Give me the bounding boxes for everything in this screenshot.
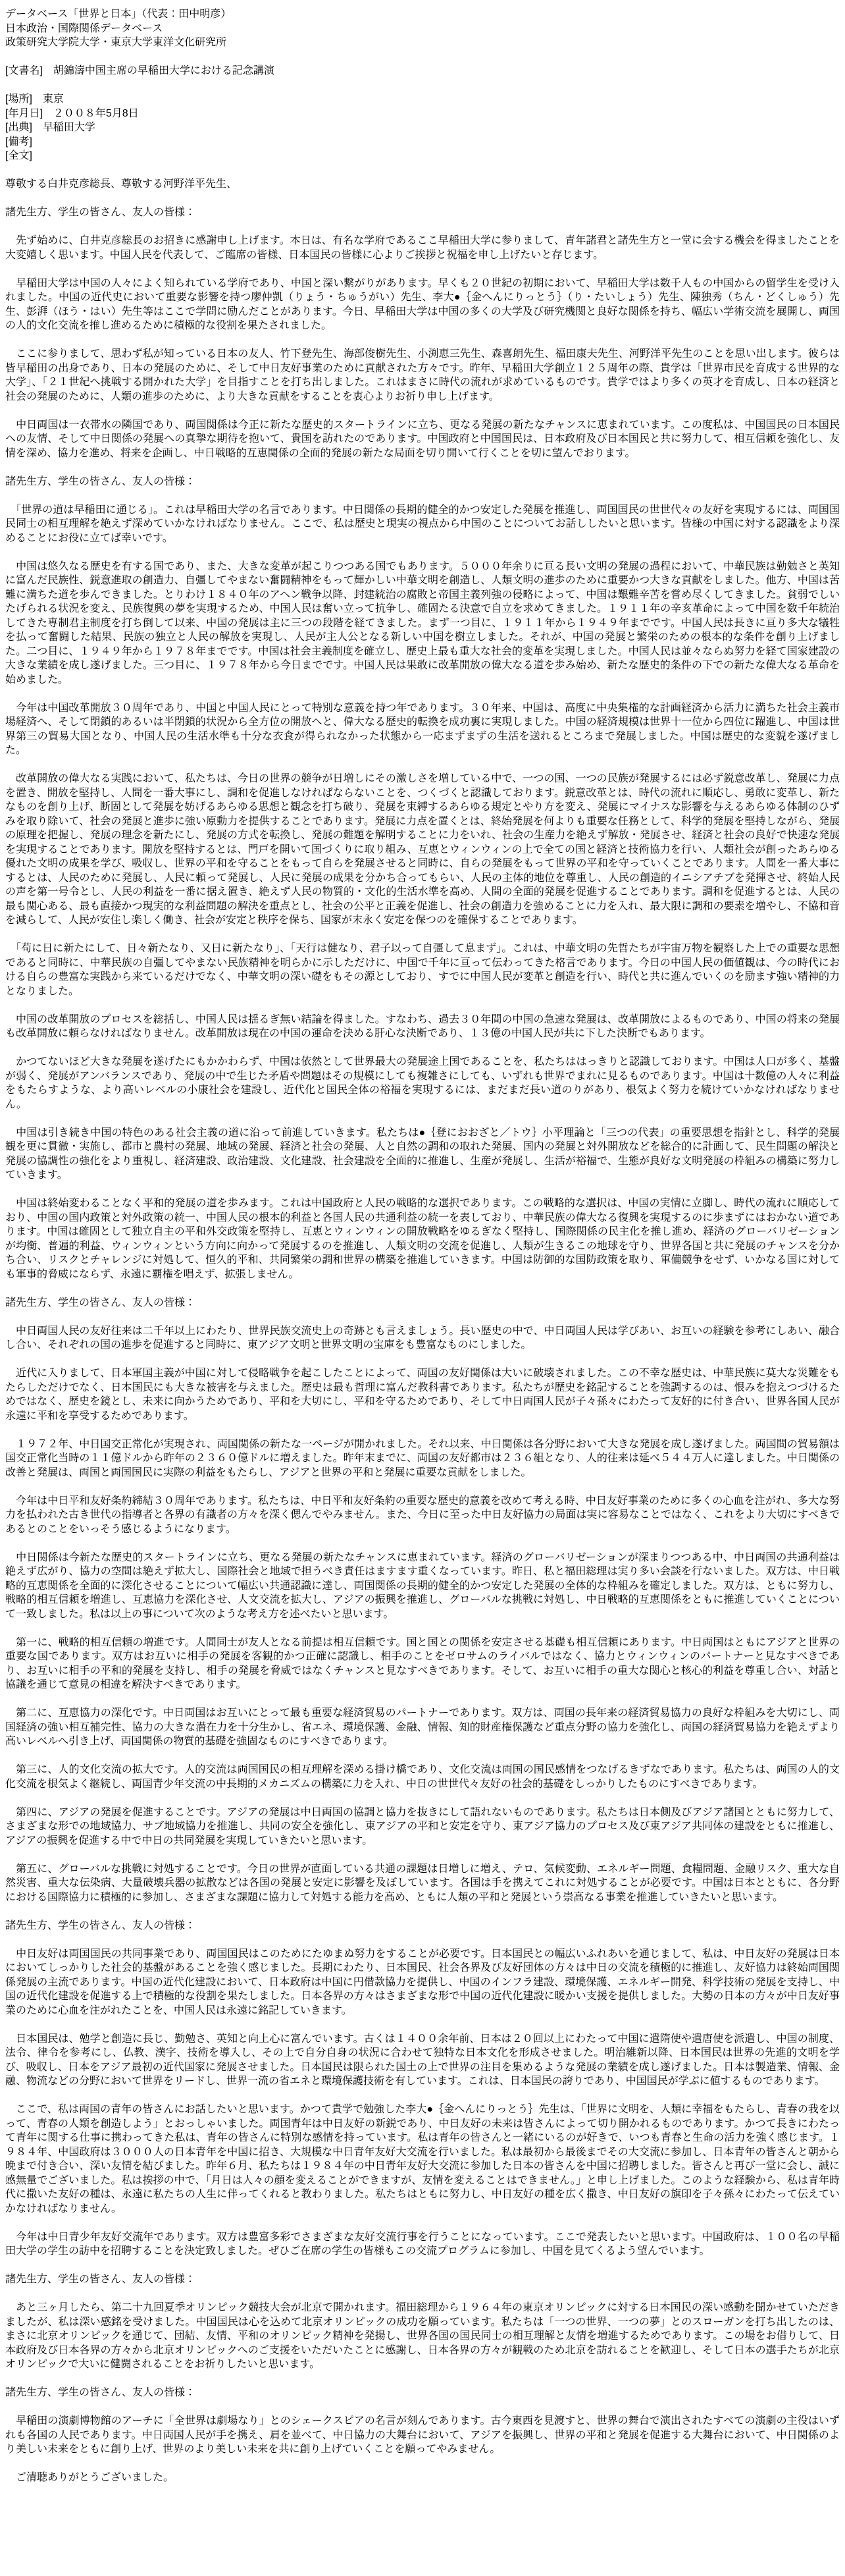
speech-paragraph: ここで、私は両国の青年の皆さんにお話したいと思います。かつて貴学で勉強した李大●… <box>5 2103 840 2216</box>
header-line: データベース「世界と日本」（代表：田中明彦） <box>5 7 840 22</box>
speech-paragraph: 「苟に日に新たにして、日々新たなり、又日に新たなり」、「天行は健なり、君子以って… <box>5 942 840 998</box>
speech-paragraph: 今年は中国改革開放３０周年であり、中国と中国人民にとって特別な意義を持つ年であり… <box>5 701 840 758</box>
meta-field: [場所] 東京 <box>5 92 840 107</box>
speech-paragraph: 中国は引き続き中国の特色のある社会主義の道に沿って前進していきます。私たちは●｛… <box>5 1126 840 1183</box>
header-line: 政策研究大学院大学・東京大学東洋文化研究所 <box>5 36 840 50</box>
speech-paragraph: 尊敬する白井克彦総長、尊敬する河野洋平先生、 <box>5 177 840 192</box>
speech-paragraph: 第一に、戦略的相互信頼の増進です。人間同士が友人となる前提は相互信頼です。国と国… <box>5 1636 840 1692</box>
speech-paragraph: 中日両国は一衣帯水の隣国であり、両国関係は今正に新たな歴史的スタートラインに立ち… <box>5 418 840 461</box>
speech-paragraph: 第三に、人的文化交流の拡大です。人的交流は両国国民の相互理解を深める掛け橋であり… <box>5 1763 840 1791</box>
speech-paragraph: 第四に、アジアの発展を促進することです。アジアの発展は中日両国の協調と協力を抜き… <box>5 1806 840 1848</box>
speech-paragraph: 諸先生方、学生の皆さん、友人の皆様： <box>5 475 840 489</box>
meta-field: [出典] 早稲田大学 <box>5 121 840 135</box>
speech-paragraph: 諸先生方、学生の皆さん、友人の皆様： <box>5 1296 840 1310</box>
speech-paragraph: 諸先生方、学生の皆さん、友人の皆様： <box>5 1919 840 1933</box>
speech-paragraph: 今年は中日青少年友好交流年であります。双方は豊富多彩でさまざまな友好交流行事を行… <box>5 2230 840 2259</box>
meta-field: [全文] <box>5 149 840 163</box>
speech-paragraph: 諸先生方、学生の皆さん、友人の皆様： <box>5 2386 840 2400</box>
meta-field: [備考] <box>5 135 840 149</box>
speech-paragraph: 「世界の道は早稲田に通じる」。これは早稲田大学の名言であります。中日関係の長期的… <box>5 503 840 546</box>
speech-paragraph: 近代に入りまして、日本軍国主義が中国に対して侵略戦争を起こしたことによって、両国… <box>5 1366 840 1423</box>
meta-field: [年月日] ２００８年5月8日 <box>5 107 840 121</box>
speech-paragraph: 日本国民は、勉学と創造に長じ、勤勉さ、英知と向上心に富んでいます。古くは１４００… <box>5 2032 840 2089</box>
doc-title-line: [文書名] 胡錦濤中国主席の早稲田大学における記念講演 <box>5 64 840 78</box>
speech-paragraph: あと三ヶ月したら、第二十九回夏季オリンピック競技大会が北京で開かれます。福田総理… <box>5 2301 840 2372</box>
speech-paragraph: １９７２年、中日国交正常化が実現され、両国関係の新たな一ページが開かれました。そ… <box>5 1437 840 1480</box>
speech-paragraph: かつてないほど大きな発展を遂げたにもかかわらず、中国は依然として世界最大の発展途… <box>5 1055 840 1112</box>
speech-paragraph: 中国の改革開放のプロセスを総括し、中国人民は揺るぎ無い結論を得ました。すなわち、… <box>5 1013 840 1041</box>
document-page: データベース「世界と日本」（代表：田中明彦）日本政治・国際関係データベース政策研… <box>0 0 845 2576</box>
speech-paragraph: ご清聴ありがとうございました。 <box>5 2471 840 2485</box>
speech-paragraph: 改革開放の偉大なる実践において、私たちは、今日の世界の競争が日増しにその激しさを… <box>5 772 840 928</box>
speech-paragraph: 諸先生方、学生の皆さん、友人の皆様： <box>5 205 840 220</box>
speech-paragraph: 中国は悠久なる歴史を有する国であり、また、大きな変革が起こりつつある国でもありま… <box>5 560 840 687</box>
speech-body: 尊敬する白井克彦総長、尊敬する河野洋平先生、諸先生方、学生の皆さん、友人の皆様：… <box>5 177 840 2485</box>
speech-paragraph: 第二に、互恵協力の深化です。中日両国はお互いにとって最も重要な経済貿易のパートナ… <box>5 1706 840 1749</box>
database-header: データベース「世界と日本」（代表：田中明彦）日本政治・国際関係データベース政策研… <box>5 7 840 50</box>
metadata-block: [場所] 東京[年月日] ２００８年5月8日[出典] 早稲田大学[備考][全文] <box>5 92 840 163</box>
speech-paragraph: 先ず始めに、白井克彦総長のお招きに感謝申し上げます。本日は、有名な学府であるここ… <box>5 234 840 262</box>
speech-paragraph: 中日関係は今新たな歴史的スタートラインに立ち、更なる発展の新たなチャンスに恵まれ… <box>5 1551 840 1622</box>
header-line: 日本政治・国際関係データベース <box>5 22 840 36</box>
speech-paragraph: 第五に、グローバルな挑戦に対処することです。今日の世界が直面している共通の課題は… <box>5 1862 840 1905</box>
speech-paragraph: ここに参りまして、思わず私が知っている日本の友人、竹下登先生、海部俊樹先生、小渕… <box>5 347 840 404</box>
speech-paragraph: 早稲田の演劇博物館のアーチに「全世界は劇場なり」とのシェークスピアの名言が刻んで… <box>5 2414 840 2457</box>
speech-paragraph: 中国は終始変わることなく平和的発展の道を歩みます。これは中国政府と人民の戦略的な… <box>5 1196 840 1281</box>
speech-paragraph: 中日両国人民の友好往来は二千年以上にわたり、世界民族交流史上の奇跡とも言えましょ… <box>5 1324 840 1353</box>
speech-paragraph: 諸先生方、学生の皆さん、友人の皆様： <box>5 2272 840 2287</box>
speech-paragraph: 今年は中日平和友好条約締結３０周年であります。私たちは、中日平和友好条約の重要な… <box>5 1494 840 1537</box>
speech-paragraph: 中日友好は両国国民の共同事業であり、両国国民はこのためにたゆまぬ努力をすることが… <box>5 1947 840 2018</box>
speech-paragraph: 早稲田大学は中国の人々によく知られている学府であり、中国と深い繋がりがあります。… <box>5 277 840 333</box>
